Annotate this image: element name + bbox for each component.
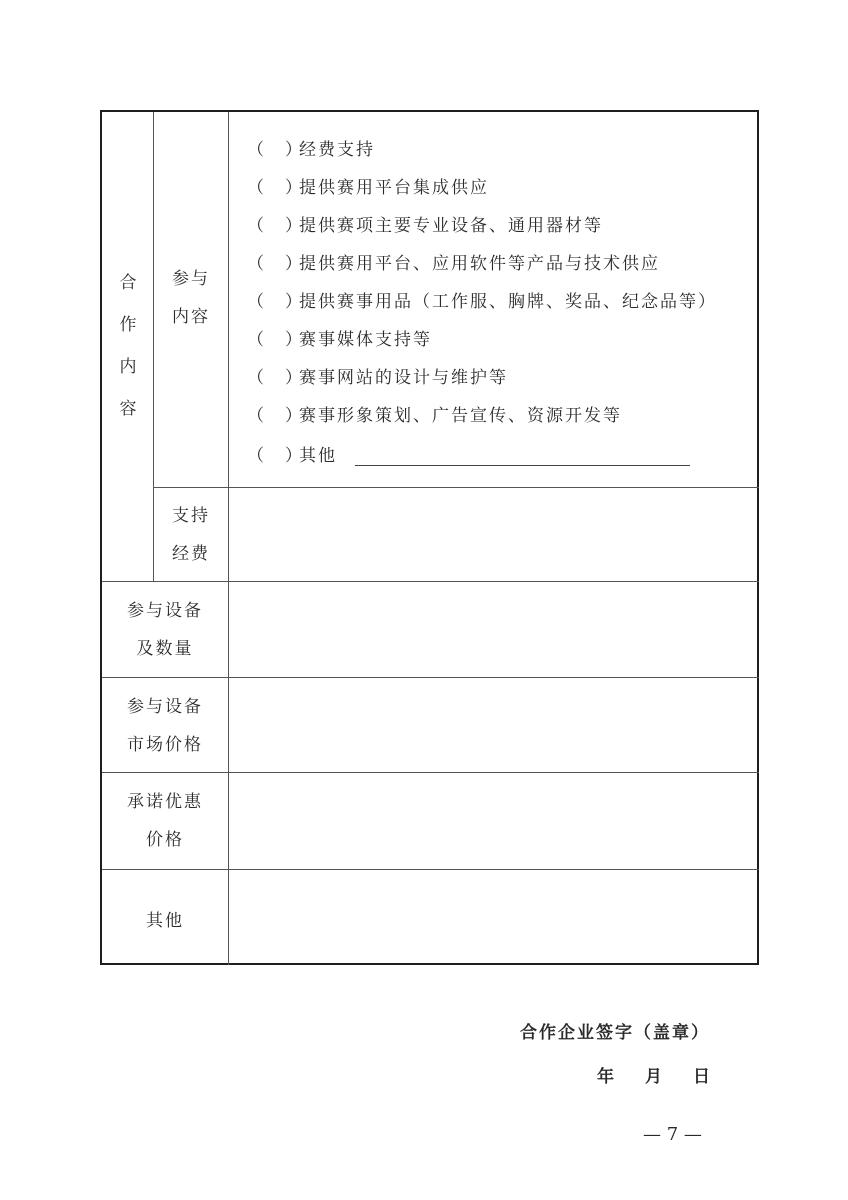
date-year: 年 bbox=[597, 1062, 616, 1087]
equipment-market-price-label: 参与设备 市场价格 bbox=[102, 688, 228, 764]
other-label: 其他 bbox=[102, 902, 228, 940]
option-label: 赛事形象策划、广告宣传、资源开发等 bbox=[299, 406, 622, 426]
page-number: — 7 — bbox=[643, 1124, 702, 1145]
label-line: 其他 bbox=[102, 902, 228, 940]
funding-value-cell[interactable] bbox=[229, 488, 759, 581]
label-line: 市场价格 bbox=[102, 726, 228, 764]
option-item-other[interactable]: （ ）其他 bbox=[247, 446, 690, 466]
label-line: 支持 bbox=[154, 497, 228, 535]
equipment-quantity-value-cell[interactable] bbox=[229, 582, 759, 677]
option-item[interactable]: （ ）赛事网站的设计与维护等 bbox=[247, 368, 508, 388]
checkbox-paren[interactable]: （ ） bbox=[247, 406, 299, 426]
option-item[interactable]: （ ）赛事形象策划、广告宣传、资源开发等 bbox=[247, 406, 622, 426]
date-day: 日 bbox=[693, 1062, 712, 1087]
label-line: 承诺优惠 bbox=[102, 783, 228, 821]
option-label: 提供赛事用品（工作服、胸牌、奖品、纪念品等） bbox=[299, 292, 717, 312]
checkbox-paren[interactable]: （ ） bbox=[247, 368, 299, 388]
label-char: 合 bbox=[102, 262, 154, 304]
other-value-cell[interactable] bbox=[229, 870, 759, 965]
equipment-market-price-value-cell[interactable] bbox=[229, 678, 759, 772]
option-label: 提供赛项主要专业设备、通用器材等 bbox=[299, 216, 603, 236]
label-line: 经费 bbox=[154, 535, 228, 573]
checkbox-paren[interactable]: （ ） bbox=[247, 254, 299, 274]
option-label: 其他 bbox=[299, 446, 337, 466]
cooperation-form-table: 合 作 内 容 参与 内容 （ ）经费支持 （ ）提供赛用平台集成供应 （ ）提… bbox=[100, 110, 759, 965]
equipment-quantity-label: 参与设备 及数量 bbox=[102, 592, 228, 668]
option-item[interactable]: （ ）提供赛项主要专业设备、通用器材等 bbox=[247, 216, 603, 236]
checkbox-paren[interactable]: （ ） bbox=[247, 216, 299, 236]
label-line: 价格 bbox=[102, 821, 228, 859]
company-signature-label: 合作企业签字（盖章） bbox=[520, 1018, 710, 1043]
promised-discount-price-value-cell[interactable] bbox=[229, 773, 759, 869]
label-line: 内容 bbox=[154, 298, 228, 336]
label-line: 参与 bbox=[154, 260, 228, 298]
label-line: 参与设备 bbox=[102, 688, 228, 726]
option-label: 经费支持 bbox=[299, 140, 375, 160]
label-line: 参与设备 bbox=[102, 592, 228, 630]
label-char: 作 bbox=[102, 304, 154, 346]
participation-label: 参与 内容 bbox=[154, 260, 228, 336]
checkbox-paren[interactable]: （ ） bbox=[247, 140, 299, 160]
option-item[interactable]: （ ）赛事媒体支持等 bbox=[247, 330, 432, 350]
section-label-cooperation-content: 合 作 内 容 bbox=[102, 262, 154, 430]
label-char: 内 bbox=[102, 346, 154, 388]
option-label: 提供赛用平台集成供应 bbox=[299, 178, 489, 198]
option-item[interactable]: （ ）提供赛事用品（工作服、胸牌、奖品、纪念品等） bbox=[247, 292, 717, 312]
checkbox-paren[interactable]: （ ） bbox=[247, 446, 299, 466]
option-item[interactable]: （ ）经费支持 bbox=[247, 140, 375, 160]
funding-label: 支持 经费 bbox=[154, 497, 228, 573]
checkbox-paren[interactable]: （ ） bbox=[247, 330, 299, 350]
option-item[interactable]: （ ）提供赛用平台集成供应 bbox=[247, 178, 489, 198]
option-label: 赛事媒体支持等 bbox=[299, 330, 432, 350]
checkbox-paren[interactable]: （ ） bbox=[247, 292, 299, 312]
label-char: 容 bbox=[102, 388, 154, 430]
option-item[interactable]: （ ）提供赛用平台、应用软件等产品与技术供应 bbox=[247, 254, 660, 274]
promised-discount-price-label: 承诺优惠 价格 bbox=[102, 783, 228, 859]
option-label: 提供赛用平台、应用软件等产品与技术供应 bbox=[299, 254, 660, 274]
other-fill-in-line[interactable] bbox=[355, 451, 690, 466]
option-label: 赛事网站的设计与维护等 bbox=[299, 368, 508, 388]
date-month: 月 bbox=[645, 1062, 664, 1087]
checkbox-paren[interactable]: （ ） bbox=[247, 178, 299, 198]
label-line: 及数量 bbox=[102, 630, 228, 668]
